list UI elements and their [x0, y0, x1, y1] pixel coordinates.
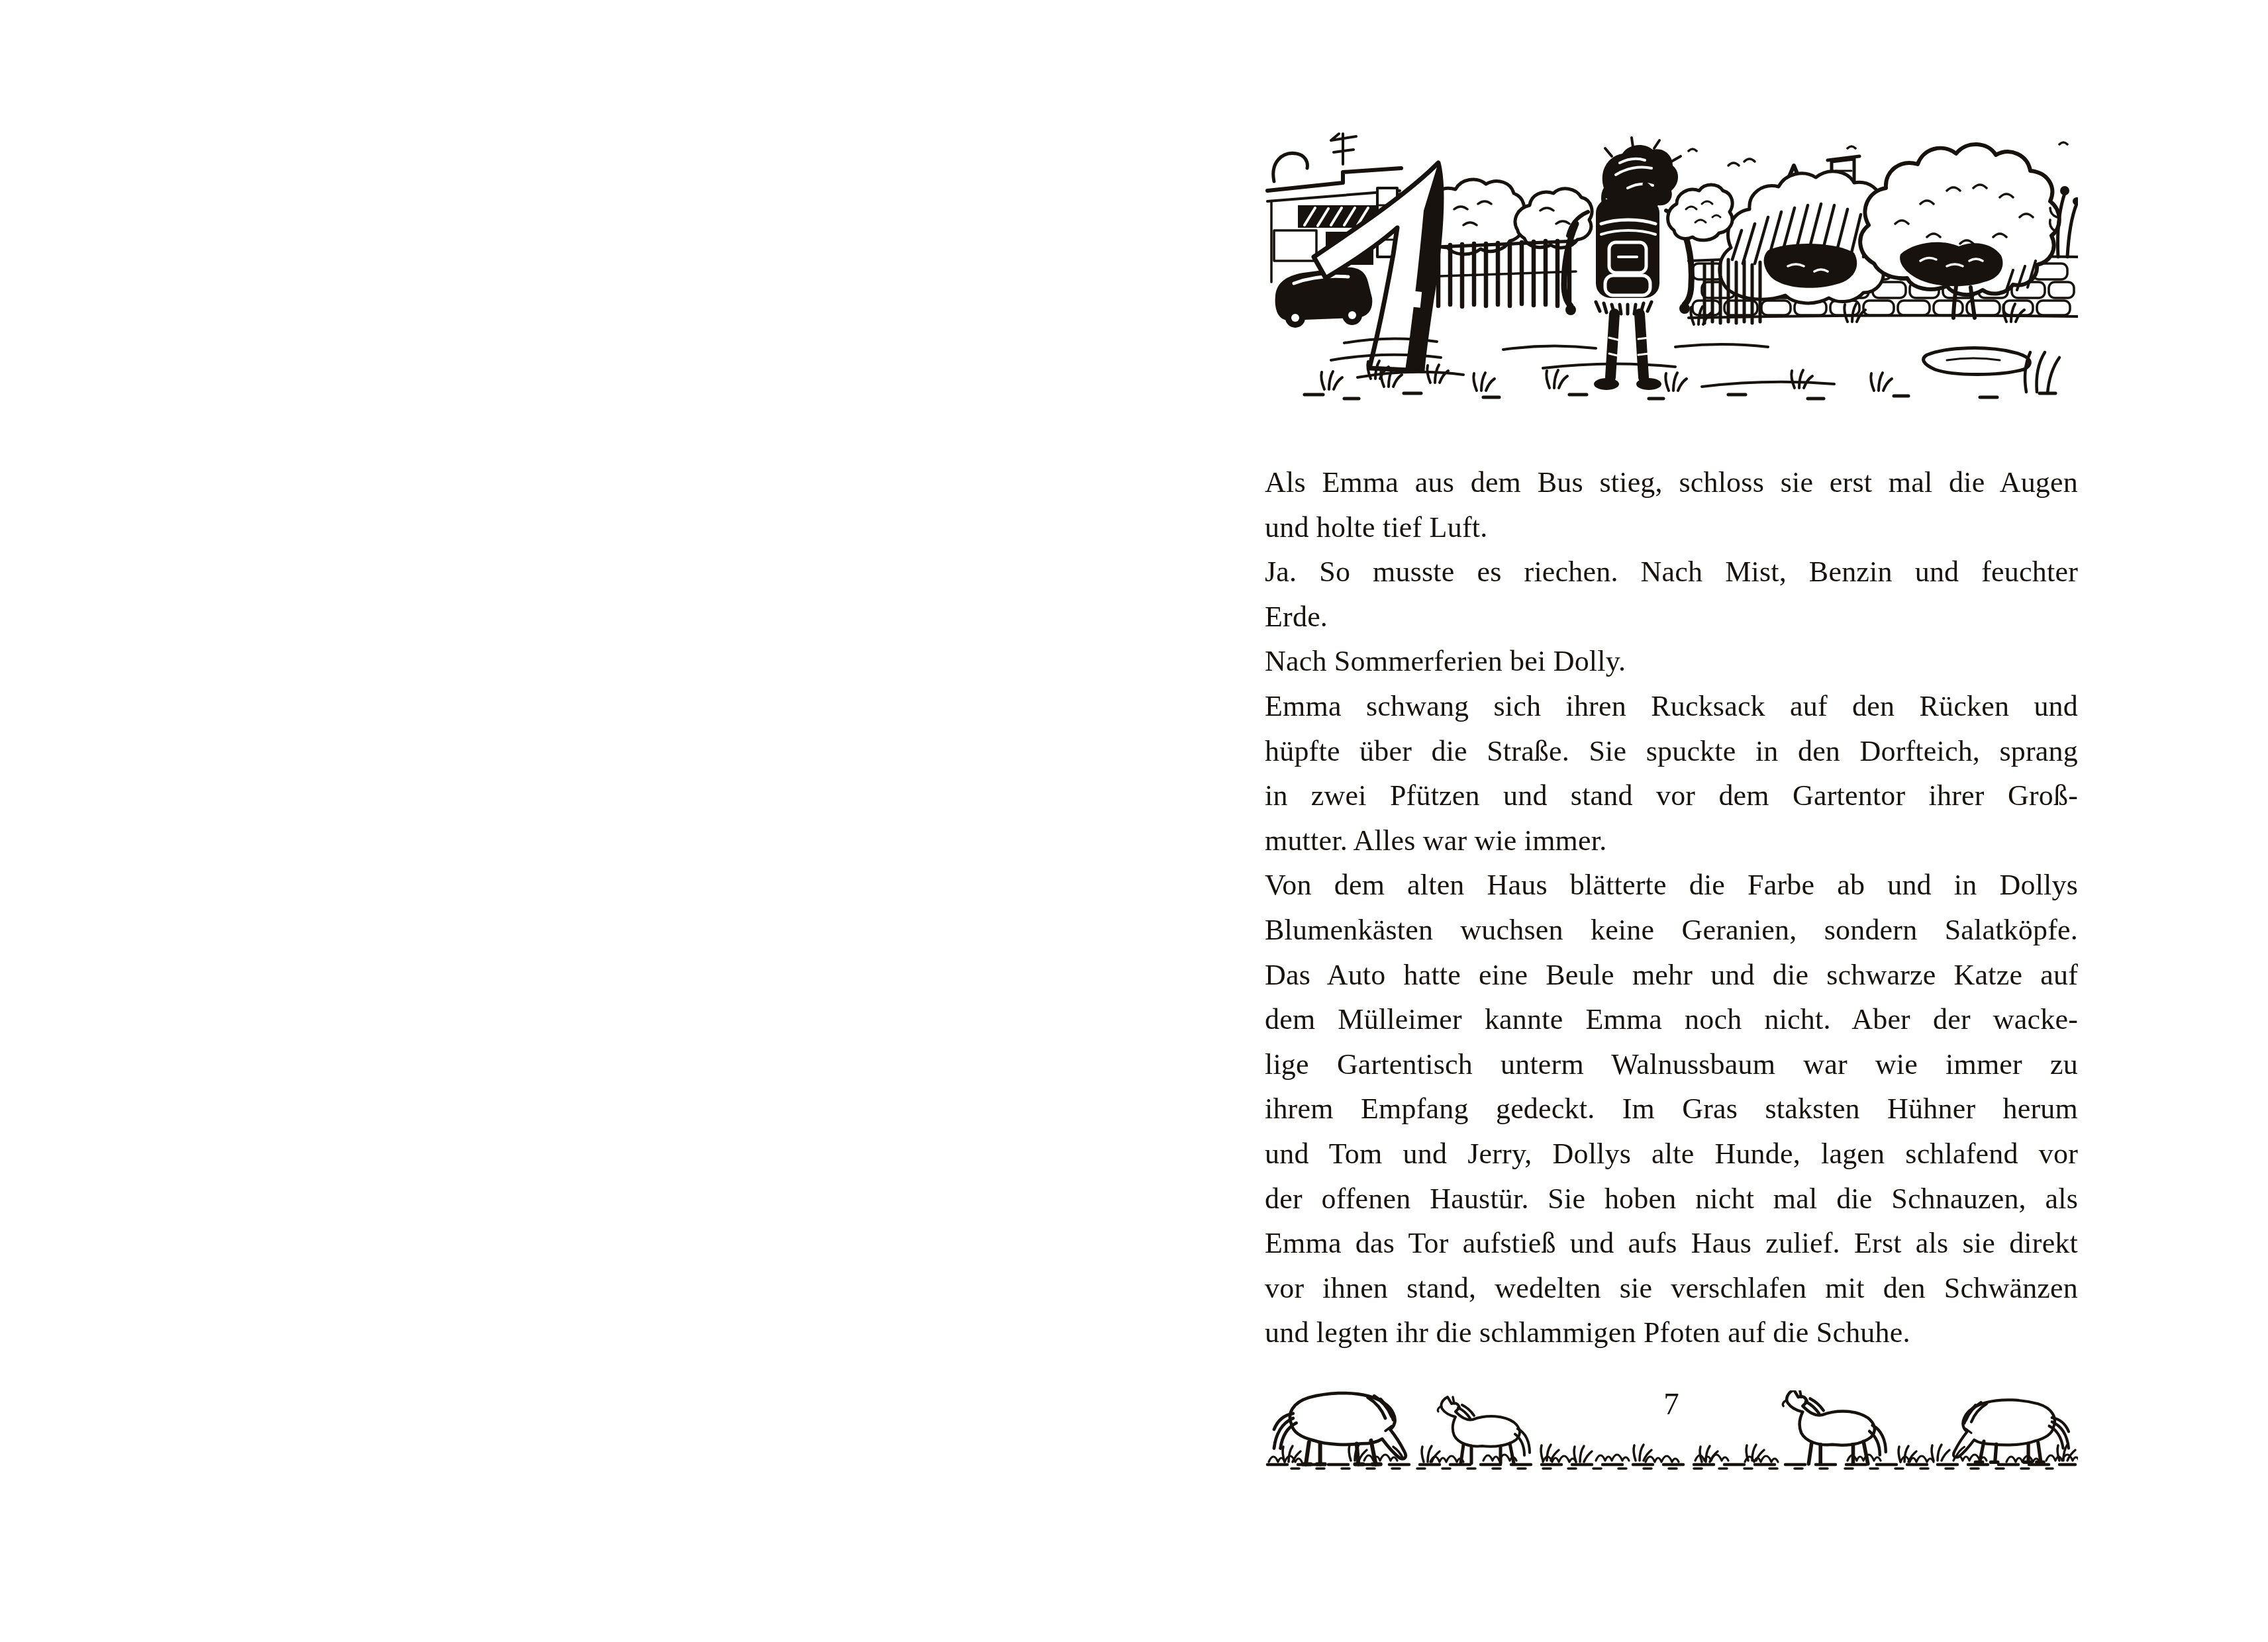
- text-line: der offenen Haustür. Sie hoben nicht mal…: [1265, 1177, 2078, 1222]
- text-line: und Tom und Jerry, Dollys alte Hunde, la…: [1265, 1132, 2078, 1177]
- text-line: mutter. Alles war wie immer.: [1265, 818, 2078, 863]
- horse-standing: [1438, 1397, 1530, 1463]
- horses-vignette-illustration: [1265, 1390, 2078, 1476]
- bird-icon: [1728, 159, 1755, 166]
- chapter-number: 1: [1265, 0, 1265, 1]
- book-spread: 1 Als Emma aus dem Bus stieg, schloss si…: [0, 0, 2268, 1642]
- walnut-tree: [1860, 144, 2059, 318]
- blank-left-page: [0, 0, 1134, 1642]
- chapter-opening-illustration: [1265, 124, 2078, 403]
- text-line: ihrem Empfang gedeckt. Im Gras staksten …: [1265, 1087, 2078, 1132]
- text-line: Nach Sommerferien bei Dolly.: [1265, 639, 2078, 684]
- text-line: Blumenkästen wuchsen keine Geranien, son…: [1265, 908, 2078, 953]
- text-line: Ja. So musste es riechen. Nach Mist, Ben…: [1265, 550, 2078, 595]
- text-line: Das Auto hatte eine Beule mehr und die s…: [1265, 953, 2078, 998]
- text-line: vor ihnen stand, wedelten sie verschlafe…: [1265, 1266, 2078, 1311]
- book-page: 1 Als Emma aus dem Bus stieg, schloss si…: [1265, 0, 2078, 1642]
- text-line: und legten ihr die schlammigen Pfoten au…: [1265, 1310, 2078, 1355]
- horse-grazing-left-group: [1274, 1393, 1406, 1465]
- body-text: Als Emma aus dem Bus stieg, schloss sie …: [1265, 460, 2078, 1355]
- text-line: Erde.: [1265, 595, 2078, 640]
- curly-bush: [1668, 185, 1732, 240]
- text-line: Als Emma aus dem Bus stieg, schloss sie …: [1265, 460, 2078, 505]
- garden-fence: [1421, 240, 1576, 307]
- horse-trotting: [1783, 1390, 1885, 1464]
- text-line: Emma schwang sich ihren Rucksack auf den…: [1265, 684, 2078, 729]
- horse-grazing-right-group: [1953, 1400, 2069, 1462]
- text-line: und holte tief Luft.: [1265, 505, 2078, 550]
- text-line: Emma das Tor aufstieß und aufs Haus zuli…: [1265, 1221, 2078, 1266]
- text-line: lige Gartentisch unterm Walnussbaum war …: [1265, 1042, 2078, 1087]
- text-line: dem Mülleimer kannte Emma noch nicht. Ab…: [1265, 997, 2078, 1042]
- weathervane-icon: [1331, 134, 1356, 164]
- text-line: Von dem alten Haus blätterte die Farbe a…: [1265, 863, 2078, 908]
- text-line: hüpfte über die Straße. Sie spuckte in d…: [1265, 729, 2078, 774]
- puddle: [1924, 348, 2030, 375]
- text-line: in zwei Pfützen und stand vor dem Garten…: [1265, 773, 2078, 818]
